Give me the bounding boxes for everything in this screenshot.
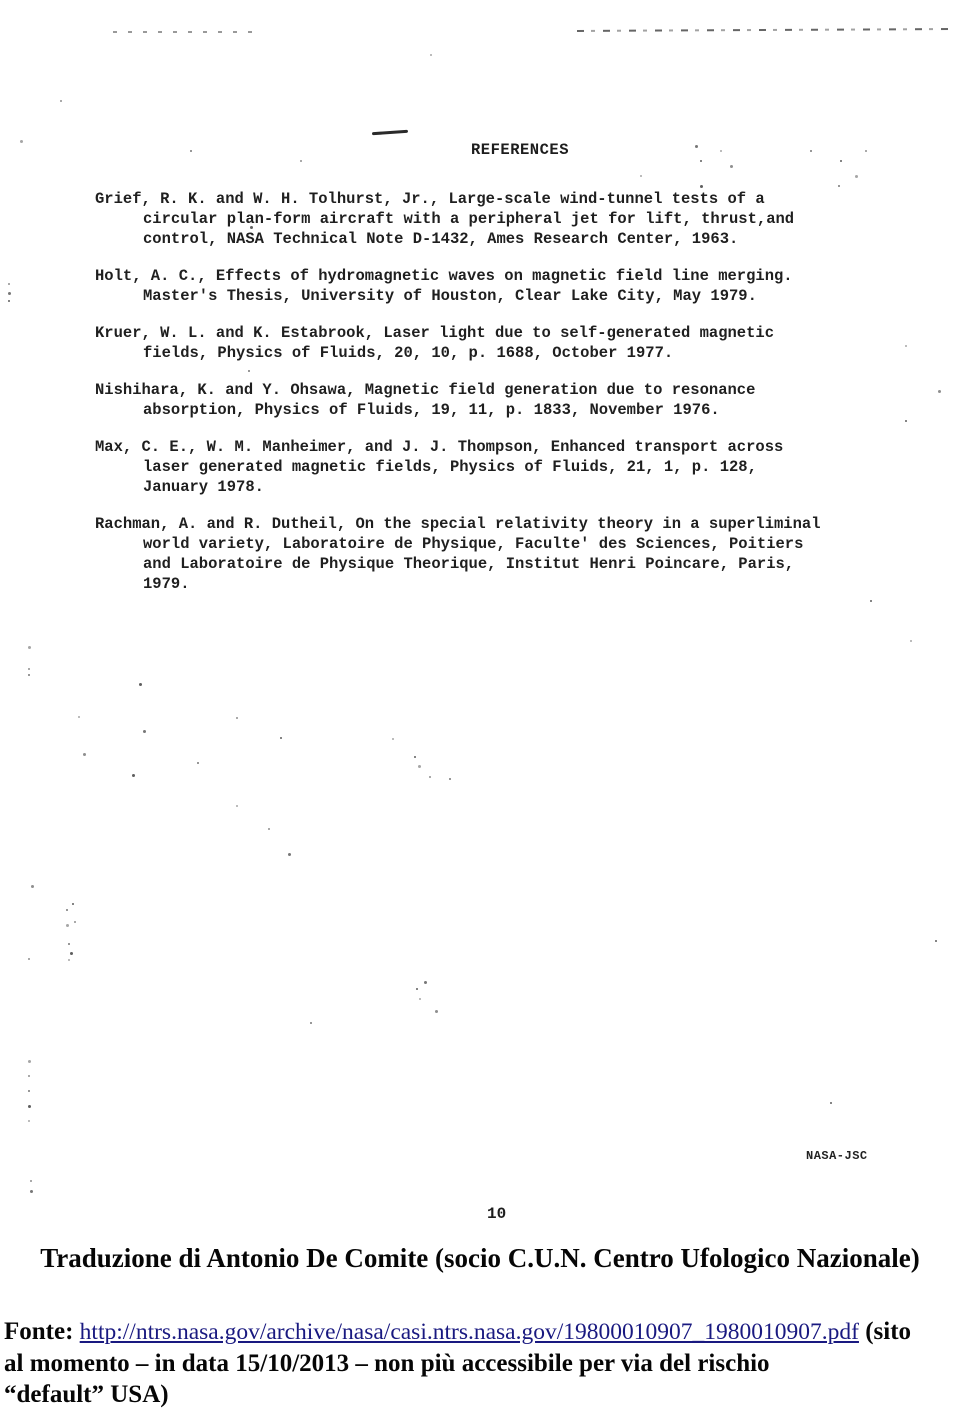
page-number: 10	[487, 1205, 506, 1223]
reference-entry: Nishihara, K. and Y. Ohsawa, Magnetic fi…	[95, 380, 835, 420]
scan-speck	[20, 140, 23, 143]
scan-speck	[28, 1060, 31, 1063]
scan-speck	[8, 300, 10, 302]
scan-dashed-line	[577, 28, 951, 32]
scan-speck	[830, 1102, 832, 1104]
reference-line: absorption, Physics of Fluids, 19, 11, p…	[95, 400, 835, 420]
scan-speck	[28, 958, 30, 960]
reference-line: January 1978.	[95, 477, 835, 497]
scan-speck	[288, 853, 291, 856]
scan-speck	[810, 150, 812, 152]
scan-speck	[28, 1075, 30, 1077]
source-after-url: (sito	[859, 1318, 911, 1345]
references-list: Grief, R. K. and W. H. Tolhurst, Jr., La…	[95, 189, 835, 611]
scan-speck	[865, 150, 867, 152]
scan-speck	[419, 998, 421, 1000]
scan-speck	[855, 175, 858, 178]
reference-line: fields, Physics of Fluids, 20, 10, p. 16…	[95, 343, 835, 363]
scan-speck	[435, 1010, 438, 1013]
scan-speck	[28, 646, 31, 649]
source-line-1: Fonte: http://ntrs.nasa.gov/archive/nasa…	[4, 1316, 956, 1348]
translation-credit: Traduzione di Antonio De Comite (socio C…	[0, 1243, 960, 1274]
scan-speck	[8, 283, 10, 285]
scan-speck	[30, 1180, 32, 1182]
scan-speck	[392, 738, 394, 740]
reference-line: control, NASA Technical Note D-1432, Ame…	[95, 229, 835, 249]
nasa-jsc-stamp: NASA-JSC	[806, 1149, 868, 1163]
scan-speck	[197, 762, 199, 764]
reference-entry: Grief, R. K. and W. H. Tolhurst, Jr., La…	[95, 189, 835, 249]
scan-speck	[74, 921, 76, 923]
scan-speck	[695, 145, 698, 148]
reference-line: Grief, R. K. and W. H. Tolhurst, Jr., La…	[95, 189, 835, 209]
reference-line: Master's Thesis, University of Houston, …	[95, 286, 835, 306]
scan-speck	[28, 674, 30, 676]
scan-speck	[730, 165, 733, 168]
scan-speck	[66, 909, 68, 911]
scan-speck	[143, 730, 146, 733]
scan-speck	[910, 640, 912, 642]
scan-speck	[60, 100, 62, 102]
scan-speck	[280, 737, 282, 739]
scan-speck	[430, 54, 432, 56]
scan-speck	[449, 778, 451, 780]
scan-speck	[300, 160, 302, 162]
scan-speck	[28, 1105, 31, 1108]
scan-speck	[68, 943, 70, 945]
scan-speck	[30, 1190, 33, 1193]
reference-line: circular plan-form aircraft with a perip…	[95, 209, 835, 229]
scan-speck	[310, 1022, 312, 1024]
source-url-link[interactable]: http://ntrs.nasa.gov/archive/nasa/casi.n…	[80, 1319, 859, 1345]
reference-line: laser generated magnetic fields, Physics…	[95, 457, 835, 477]
scan-speck	[83, 753, 86, 756]
scan-speck	[72, 903, 74, 905]
scan-speck	[429, 776, 431, 778]
scan-speck	[905, 345, 907, 347]
scan-speck	[935, 940, 937, 942]
scan-speck	[838, 185, 840, 187]
scan-speck	[28, 668, 30, 670]
scan-speck	[418, 765, 421, 768]
scan-speck	[78, 716, 80, 718]
scan-speck	[416, 988, 418, 990]
scan-speck	[700, 160, 702, 162]
scan-speck	[70, 952, 73, 955]
scan-speck	[31, 885, 34, 888]
reference-line: Nishihara, K. and Y. Ohsawa, Magnetic fi…	[95, 380, 835, 400]
scan-speck	[700, 185, 703, 188]
reference-line: Kruer, W. L. and K. Estabrook, Laser lig…	[95, 323, 835, 343]
scan-speck	[66, 924, 69, 927]
scan-speck	[236, 805, 238, 807]
scan-speck	[938, 390, 941, 393]
reference-entry: Max, C. E., W. M. Manheimer, and J. J. T…	[95, 437, 835, 497]
reference-line: Max, C. E., W. M. Manheimer, and J. J. T…	[95, 437, 835, 457]
scan-speck	[870, 600, 872, 602]
scan-smudge	[113, 31, 258, 33]
source-line-3: “default” USA)	[4, 1379, 956, 1410]
scan-speck	[8, 292, 11, 295]
source-label: Fonte:	[4, 1318, 80, 1345]
scan-speck	[190, 150, 192, 152]
reference-entry: Kruer, W. L. and K. Estabrook, Laser lig…	[95, 323, 835, 363]
scan-speck	[840, 160, 842, 162]
scanned-document-page: REFERENCES Grief, R. K. and W. H. Tolhur…	[0, 0, 960, 1411]
source-block: Fonte: http://ntrs.nasa.gov/archive/nasa…	[4, 1316, 956, 1410]
scan-speck	[268, 828, 270, 830]
scan-speck	[905, 420, 907, 422]
scan-speck	[132, 774, 135, 777]
reference-line: Holt, A. C., Effects of hydromagnetic wa…	[95, 266, 835, 286]
scan-speck	[414, 756, 416, 758]
reference-entry: Rachman, A. and R. Dutheil, On the speci…	[95, 514, 835, 594]
reference-line: world variety, Laboratoire de Physique, …	[95, 534, 835, 554]
scan-speck	[424, 981, 427, 984]
page-title: REFERENCES	[471, 141, 569, 159]
scan-speck	[720, 150, 722, 152]
reference-line: 1979.	[95, 574, 835, 594]
reference-entry: Holt, A. C., Effects of hydromagnetic wa…	[95, 266, 835, 306]
scan-speck	[28, 1120, 30, 1122]
scan-speck	[640, 175, 642, 177]
scan-speck	[139, 683, 142, 686]
scan-speck	[236, 717, 238, 719]
scan-speck	[68, 959, 70, 961]
scan-pen-dash	[372, 130, 408, 136]
reference-line: and Laboratoire de Physique Theorique, I…	[95, 554, 835, 574]
scan-speck	[28, 1090, 30, 1092]
source-line-2: al momento – in data 15/10/2013 – non pi…	[4, 1348, 956, 1379]
reference-line: Rachman, A. and R. Dutheil, On the speci…	[95, 514, 835, 534]
